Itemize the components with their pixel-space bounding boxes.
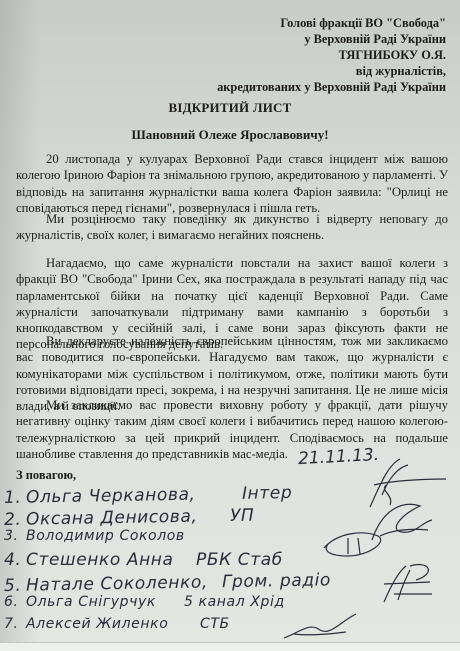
signatory-number: 5.: [4, 576, 22, 596]
signature-scribble-icon: [318, 528, 388, 560]
addressee-line: акредитованих у Верховній Раді України: [217, 79, 446, 95]
signatory-name: Стешенко Анна: [26, 550, 174, 570]
signatory-name: Натале Соколенко,: [26, 572, 208, 595]
addressee-line: ТЯГНИБОКУ О.Я.: [217, 47, 446, 63]
closing: З повагою,: [16, 468, 76, 483]
signatory-number: 2.: [4, 510, 22, 530]
signatory-number: 7.: [4, 616, 19, 632]
signatory-name: Алексей Жиленко: [26, 616, 168, 632]
signatory-outlet: 5 канал Хрід: [184, 594, 285, 610]
page-edge: [0, 642, 460, 651]
signatory-name: Володимир Соколов: [26, 528, 185, 544]
body-paragraph: Ми закликаємо вас провести виховну робот…: [16, 397, 448, 462]
signatory-name: Оксана Денисова,: [26, 507, 198, 530]
salutation: Шановний Олеже Ярославовичу!: [0, 127, 460, 143]
signatory-number: 4.: [4, 550, 21, 570]
signatory-outlet: РБК Стаб: [196, 550, 283, 570]
addressee-line: у Верховній Раді України: [217, 31, 446, 47]
signatory-outlet: СТБ: [200, 616, 230, 632]
body-paragraph: 20 листопада у кулуарах Верховної Ради с…: [16, 151, 448, 216]
addressee-line: від журналістів,: [217, 63, 446, 79]
signatory-number: 3.: [4, 528, 19, 544]
signatory-row: 7. Алексей Жиленко СТБ: [4, 616, 460, 638]
signatory-outlet: УП: [230, 506, 255, 526]
signature-scribble-icon: [280, 612, 360, 642]
signatory-number: 1.: [4, 488, 22, 508]
body-paragraph: Ми розцінюємо таку поведінку як дикунств…: [16, 211, 448, 244]
letter-title: ВІДКРИТИЙ ЛИСТ: [0, 100, 460, 116]
signatory-outlet: Гром. радіо: [222, 570, 331, 592]
signatory-name: Ольга Снігурчук: [26, 594, 156, 610]
signatory-name: Ольга Черканова,: [26, 485, 196, 508]
scanned-letter: Голові фракції ВО "Свобода" у Верховній …: [0, 0, 460, 651]
addressee-line: Голові фракції ВО "Свобода": [217, 15, 446, 31]
signature-scribble-icon: [380, 560, 440, 605]
signatory-number: 6.: [4, 594, 19, 610]
addressee-block: Голові фракції ВО "Свобода" у Верховній …: [217, 15, 446, 95]
signatory-outlet: Інтер: [242, 483, 293, 504]
